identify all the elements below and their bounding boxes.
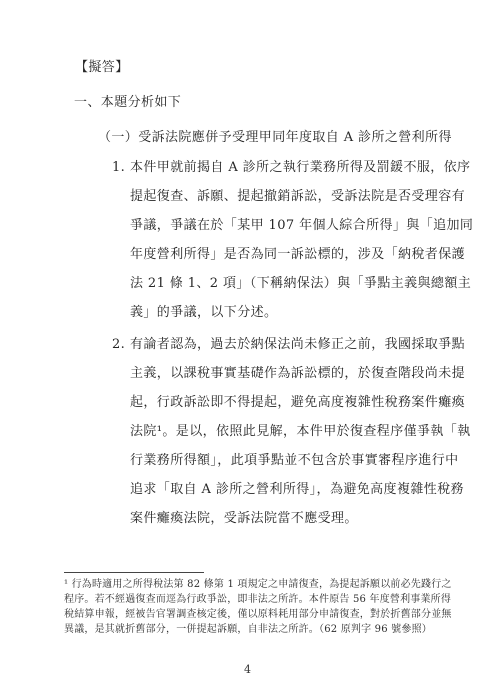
item1-line: 法 21 條 1、2 項」（下稱納保法）與「爭點主義與總額主 [130, 276, 471, 292]
document-page: 【擬答】 一、本題分析如下 （一）受訴法院應併予受理甲同年度取自 A 診所之營利… [0, 0, 495, 700]
item2-marker: 2. [112, 337, 125, 353]
item2-line: 追求「取自 A 診所之營利所得」，為避免高度複雜性稅務 [130, 482, 464, 498]
page-number: 4 [0, 663, 495, 676]
item2-line: 法院¹。是以，依照此見解，本件甲於復查程序僅爭執「執 [130, 424, 471, 440]
footnote-line: 異議，是其就折舊部分，一併提起訴願，自非法之所許。（62 原判字 96 號參照） [64, 623, 432, 636]
item2-line: 案件癱瘓法院，受訴法院當不應受理。 [130, 511, 358, 527]
item1-line: 年度營利所得」是否為同一訴訟標的，涉及「納稅者保護 [130, 247, 465, 263]
footnote-line: ¹ 行為時適用之所得稅法第 82 條第 1 項規定之申請復查，為提起訴願以前必先… [64, 578, 452, 591]
item1-line: 義」的爭議，以下分述。 [130, 305, 277, 321]
item2-line: 有論者認為，過去於納保法尚未修正之前，我國採取爭點 [130, 337, 465, 353]
item1-line: 爭議，爭議在於「某甲 107 年個人綜合所得」與「追加同 [130, 218, 473, 234]
answer-heading: 【擬答】 [75, 60, 129, 76]
item1-line: 提起復查、訴願、提起撤銷訴訟，受訴法院是否受理容有 [130, 189, 465, 205]
footnote-line: 程序。若不經過復查而逕為行政爭訟，即非法之所許。本件原告 56 年度營利事業所得 [64, 593, 451, 606]
section-title: 一、本題分析如下 [74, 95, 181, 111]
item1-line: 本件甲就前揭自 A 診所之執行業務所得及罰鍰不服，依序 [130, 160, 470, 176]
footnote-separator [64, 572, 204, 573]
subsection-title: （一）受訴法院應併予受理甲同年度取自 A 診所之營利所得 [98, 130, 452, 146]
footnote-line: 稅結算申報，經被告官署調查核定後，僅以原料耗用部分申請復查，對於折舊部分並無 [64, 608, 452, 621]
item2-line: 行業務所得額」，此項爭點並不包含於事實審程序進行中 [130, 453, 459, 469]
item2-line: 起，行政訴訟即不得提起，避免高度複雜性稅務案件癱瘓 [130, 395, 465, 411]
item1-marker: 1. [112, 160, 125, 176]
item2-line: 主義，以課稅事實基礎作為訴訟標的，於復查階段尚未提 [130, 366, 465, 382]
